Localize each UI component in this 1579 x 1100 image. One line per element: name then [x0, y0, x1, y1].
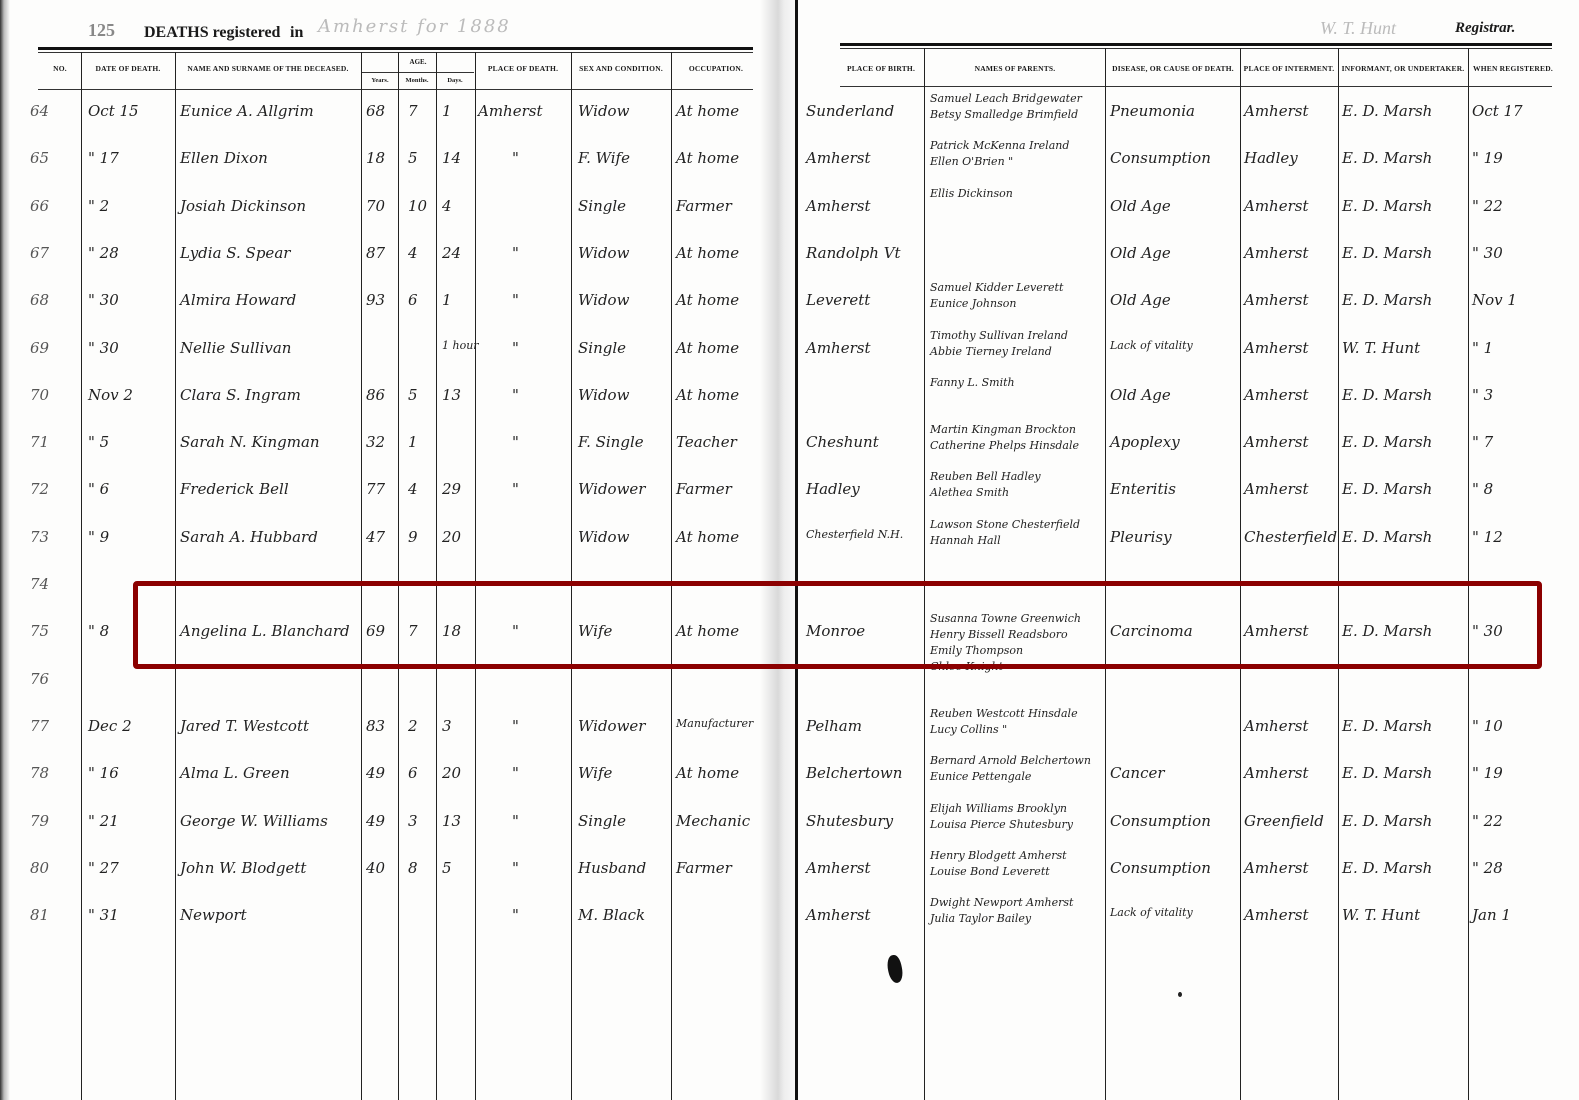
informant: E. D. Marsh	[1342, 149, 1432, 167]
col-header-sex-condition: SEX AND CONDITION.	[572, 64, 670, 73]
cause-of-death: Consumption	[1110, 149, 1211, 167]
col-header-registered: WHEN REGISTERED.	[1468, 64, 1558, 73]
col-header-informant: INFORMANT, OR UNDERTAKER.	[1338, 64, 1468, 73]
col-header-no: NO.	[40, 64, 80, 73]
record-number: 73	[30, 528, 49, 546]
parent-name: Catherine Phelps Hinsdale	[930, 439, 1079, 452]
place-of-death: "	[512, 764, 519, 782]
date-of-death: " 9	[88, 528, 109, 546]
column-rule	[671, 52, 672, 1100]
when-registered: Oct 17	[1472, 102, 1523, 120]
cause-of-death: Lack of vitality	[1110, 906, 1193, 919]
age-days: 5	[442, 859, 452, 877]
place-of-birth: Amherst	[806, 149, 871, 167]
cause-of-death: Consumption	[1110, 859, 1211, 877]
age-days: 13	[442, 812, 461, 830]
cause-of-death: Old Age	[1110, 291, 1171, 309]
record-number: 77	[30, 717, 49, 735]
parent-name: Fanny L. Smith	[930, 376, 1015, 389]
place-of-interment: Amherst	[1244, 717, 1309, 735]
when-registered: " 19	[1472, 764, 1503, 782]
parent-name: Lucy Collins "	[930, 723, 1007, 736]
date-of-death: " 30	[88, 291, 119, 309]
record-number: 68	[30, 291, 49, 309]
age-months: 6	[408, 764, 418, 782]
record-number: 71	[30, 433, 49, 451]
parent-name: Samuel Leach Bridgewater	[930, 92, 1082, 105]
sex-and-condition: Widow	[578, 291, 629, 309]
occupation: Manufacturer	[676, 717, 753, 730]
deceased-name: Alma L. Green	[180, 764, 290, 782]
age-years: 86	[366, 386, 385, 404]
place-of-interment: Amherst	[1244, 386, 1309, 404]
age-days: 20	[442, 764, 461, 782]
informant: E. D. Marsh	[1342, 717, 1432, 735]
age-days: 24	[442, 244, 461, 262]
when-registered: " 1	[1472, 339, 1493, 357]
sex-and-condition: Single	[578, 339, 626, 357]
age-months: 5	[408, 149, 418, 167]
date-of-death: " 5	[88, 433, 109, 451]
cause-of-death: Consumption	[1110, 812, 1211, 830]
date-of-death: " 21	[88, 812, 119, 830]
ink-dot	[1178, 992, 1182, 997]
deceased-name: Newport	[180, 906, 247, 924]
parent-name: Abbie Tierney Ireland	[930, 345, 1052, 358]
place-of-birth: Cheshunt	[806, 433, 879, 451]
parent-name: Bernard Arnold Belchertown	[930, 754, 1091, 767]
place-of-death: "	[512, 386, 519, 404]
record-number: 81	[30, 906, 49, 924]
column-rule	[1105, 48, 1106, 1100]
cause-of-death: Old Age	[1110, 244, 1171, 262]
page-edge-shadow	[0, 0, 10, 1100]
place-of-death: "	[512, 244, 519, 262]
col-header-age: AGE.	[362, 58, 474, 66]
when-registered: " 28	[1472, 859, 1503, 877]
date-of-death: " 16	[88, 764, 119, 782]
date-of-death: " 30	[88, 339, 119, 357]
place-of-death: "	[512, 433, 519, 451]
cause-of-death: Apoplexy	[1110, 433, 1180, 451]
informant: W. T. Hunt	[1342, 906, 1420, 924]
age-years: 77	[366, 480, 385, 498]
place-of-birth: Randolph Vt	[806, 244, 901, 262]
informant: E. D. Marsh	[1342, 528, 1432, 546]
age-months: 4	[408, 244, 418, 262]
column-rule	[175, 52, 176, 1100]
when-registered: " 8	[1472, 480, 1493, 498]
cause-of-death: Old Age	[1110, 197, 1171, 215]
col-header-occupation: OCCUPATION.	[672, 64, 760, 73]
occupation: Mechanic	[676, 812, 750, 830]
deceased-name: Sarah A. Hubbard	[180, 528, 318, 546]
place-of-death: "	[512, 717, 519, 735]
when-registered: Nov 1	[1472, 291, 1517, 309]
cause-of-death: Old Age	[1110, 386, 1171, 404]
record-number: 76	[30, 670, 49, 688]
place-of-interment: Chesterfield	[1244, 528, 1337, 546]
deceased-name: Lydia S. Spear	[180, 244, 290, 262]
place-of-birth: Shutesbury	[806, 812, 893, 830]
header-bottom-rule-right	[840, 86, 1552, 87]
record-number: 80	[30, 859, 49, 877]
parent-name: Elijah Williams Brooklyn	[930, 802, 1067, 815]
parent-name: Ellis Dickinson	[930, 187, 1013, 200]
sex-and-condition: Single	[578, 197, 626, 215]
parent-name: Patrick McKenna Ireland	[930, 139, 1069, 152]
age-years: 47	[366, 528, 385, 546]
deceased-name: Frederick Bell	[180, 480, 289, 498]
header-rule-left-thin	[38, 52, 753, 53]
highlighted-record-box	[133, 581, 1542, 669]
cause-of-death: Lack of vitality	[1110, 339, 1193, 352]
sex-and-condition: F. Wife	[578, 149, 630, 167]
parent-name: Eunice Pettengale	[930, 770, 1031, 783]
age-years: 18	[366, 149, 385, 167]
sex-and-condition: Widower	[578, 717, 645, 735]
age-months: 5	[408, 386, 418, 404]
age-days: 20	[442, 528, 461, 546]
col-header-place-of-death: PLACE OF DEATH.	[476, 64, 570, 73]
town-handwritten: Amherst for 1888	[318, 16, 511, 37]
record-number: 75	[30, 622, 49, 640]
column-rule	[475, 52, 476, 1100]
date-of-death: " 28	[88, 244, 119, 262]
cause-of-death: Pneumonia	[1110, 102, 1195, 120]
parent-name: Samuel Kidder Leverett	[930, 281, 1063, 294]
place-of-birth: Hadley	[806, 480, 860, 498]
place-of-death: "	[512, 291, 519, 309]
record-number: 69	[30, 339, 49, 357]
sex-and-condition: Husband	[578, 859, 646, 877]
occupation: At home	[676, 291, 739, 309]
record-number: 66	[30, 197, 49, 215]
age-years: 40	[366, 859, 385, 877]
col-header-days: Days.	[436, 77, 474, 84]
when-registered: " 3	[1472, 386, 1493, 404]
date-of-death: " 2	[88, 197, 109, 215]
column-rule	[1240, 48, 1241, 1100]
register-title-in: in	[290, 24, 303, 42]
column-rule	[1468, 48, 1469, 1100]
informant: E. D. Marsh	[1342, 480, 1432, 498]
informant: E. D. Marsh	[1342, 764, 1432, 782]
cause-of-death: Cancer	[1110, 764, 1165, 782]
col-header-parents: NAMES OF PARENTS.	[926, 64, 1104, 73]
parent-name: Louisa Pierce Shutesbury	[930, 818, 1073, 831]
sex-and-condition: M. Black	[578, 906, 645, 924]
age-subheader-rule	[362, 72, 474, 73]
parent-name: Henry Blodgett Amherst	[930, 849, 1067, 862]
place-of-birth: Amherst	[806, 197, 871, 215]
column-rule	[398, 52, 399, 1100]
deceased-name: George W. Williams	[180, 812, 328, 830]
sex-and-condition: F. Single	[578, 433, 644, 451]
place-of-interment: Amherst	[1244, 764, 1309, 782]
deceased-name: Josiah Dickinson	[180, 197, 306, 215]
page-number: 125	[88, 20, 115, 41]
col-header-disease: DISEASE, OR CAUSE OF DEATH.	[1106, 64, 1240, 73]
age-years: 83	[366, 717, 385, 735]
place-of-death: "	[512, 339, 519, 357]
when-registered: " 22	[1472, 812, 1503, 830]
column-rule	[436, 52, 437, 1100]
place-of-interment: Amherst	[1244, 339, 1309, 357]
when-registered: " 7	[1472, 433, 1493, 451]
header-bottom-rule-left	[38, 89, 753, 90]
cause-of-death: Enteritis	[1110, 480, 1176, 498]
col-header-months: Months.	[398, 77, 436, 84]
deceased-name: Eunice A. Allgrim	[180, 102, 314, 120]
place-of-death: "	[512, 859, 519, 877]
place-of-birth: Sunderland	[806, 102, 894, 120]
deceased-name: Ellen Dixon	[180, 149, 268, 167]
deceased-name: Clara S. Ingram	[180, 386, 301, 404]
parent-name: Eunice Johnson	[930, 297, 1016, 310]
occupation: At home	[676, 764, 739, 782]
header-rule-left	[38, 47, 753, 50]
parent-name: Martin Kingman Brockton	[930, 423, 1076, 436]
record-number: 72	[30, 480, 49, 498]
place-of-birth: Amherst	[806, 339, 871, 357]
place-of-birth: Chesterfield N.H.	[806, 528, 903, 541]
header-rule-right-thin	[840, 48, 1552, 49]
date-of-death: " 31	[88, 906, 119, 924]
informant: E. D. Marsh	[1342, 859, 1432, 877]
occupation: Farmer	[676, 859, 732, 877]
age-days: 14	[442, 149, 461, 167]
place-of-birth: Leverett	[806, 291, 870, 309]
sex-and-condition: Widower	[578, 480, 645, 498]
place-of-birth: Amherst	[806, 906, 871, 924]
age-years: 87	[366, 244, 385, 262]
column-rule	[924, 48, 925, 1100]
age-months: 4	[408, 480, 418, 498]
deceased-name: Almira Howard	[180, 291, 296, 309]
informant: E. D. Marsh	[1342, 433, 1432, 451]
occupation: At home	[676, 102, 739, 120]
deceased-name: Jared T. Westcott	[180, 717, 309, 735]
occupation: Farmer	[676, 197, 732, 215]
when-registered: " 22	[1472, 197, 1503, 215]
age-days: 1 hour	[442, 339, 479, 352]
place-of-death: Amherst	[478, 102, 543, 120]
parent-name: Reuben Bell Hadley	[930, 470, 1041, 483]
ink-blot	[885, 954, 905, 984]
parent-name: Julia Taylor Bailey	[930, 912, 1031, 925]
age-days: 29	[442, 480, 461, 498]
age-days: 1	[442, 291, 452, 309]
place-of-death: "	[512, 812, 519, 830]
informant: E. D. Marsh	[1342, 102, 1432, 120]
deceased-name: John W. Blodgett	[180, 859, 306, 877]
occupation: Farmer	[676, 480, 732, 498]
column-rule	[361, 52, 362, 1100]
place-of-death: "	[512, 480, 519, 498]
date-of-death: Oct 15	[88, 102, 139, 120]
place-of-interment: Amherst	[1244, 433, 1309, 451]
parent-name: Hannah Hall	[930, 534, 1001, 547]
parent-name: Timothy Sullivan Ireland	[930, 329, 1068, 342]
record-number: 74	[30, 575, 49, 593]
place-of-interment: Amherst	[1244, 244, 1309, 262]
age-months: 7	[408, 102, 418, 120]
column-rule	[571, 52, 572, 1100]
sex-and-condition: Wife	[578, 764, 612, 782]
age-days: 1	[442, 102, 452, 120]
registrar-label: Registrar.	[1455, 20, 1515, 37]
age-days: 13	[442, 386, 461, 404]
book-spine	[795, 0, 798, 1100]
age-years: 70	[366, 197, 385, 215]
place-of-birth: Belchertown	[806, 764, 902, 782]
record-number: 67	[30, 244, 49, 262]
col-header-interment: PLACE OF INTERMENT.	[1240, 64, 1338, 73]
place-of-interment: Greenfield	[1244, 812, 1324, 830]
sex-and-condition: Widow	[578, 386, 629, 404]
sex-and-condition: Widow	[578, 528, 629, 546]
column-rule	[1338, 48, 1339, 1100]
occupation: At home	[676, 244, 739, 262]
column-rule	[81, 52, 82, 1100]
occupation: At home	[676, 386, 739, 404]
place-of-interment: Amherst	[1244, 102, 1309, 120]
occupation: Teacher	[676, 433, 737, 451]
record-number: 65	[30, 149, 49, 167]
age-months: 2	[408, 717, 418, 735]
place-of-death: "	[512, 906, 519, 924]
place-of-death: "	[512, 149, 519, 167]
parent-name: Reuben Westcott Hinsdale	[930, 707, 1078, 720]
record-number: 64	[30, 102, 49, 120]
place-of-birth: Amherst	[806, 859, 871, 877]
date-of-death: " 17	[88, 149, 119, 167]
col-header-place-of-birth: PLACE OF BIRTH.	[838, 64, 924, 73]
parent-name: Ellen O'Brien "	[930, 155, 1013, 168]
col-header-years: Years.	[362, 77, 398, 84]
age-years: 32	[366, 433, 385, 451]
place-of-birth: Pelham	[806, 717, 862, 735]
date-of-death: " 27	[88, 859, 119, 877]
parent-name: Betsy Smalledge Brimfield	[930, 108, 1078, 121]
age-months: 6	[408, 291, 418, 309]
age-years: 68	[366, 102, 385, 120]
registrar-name-handwritten: W. T. Hunt	[1320, 18, 1396, 39]
age-years: 93	[366, 291, 385, 309]
record-number: 79	[30, 812, 49, 830]
parent-name: Alethea Smith	[930, 486, 1009, 499]
age-months: 10	[408, 197, 427, 215]
deceased-name: Sarah N. Kingman	[180, 433, 320, 451]
date-of-death: Dec 2	[88, 717, 132, 735]
cause-of-death: Pleurisy	[1110, 528, 1172, 546]
when-registered: Jan 1	[1472, 906, 1511, 924]
informant: E. D. Marsh	[1342, 812, 1432, 830]
parent-name: Lawson Stone Chesterfield	[930, 518, 1080, 531]
sex-and-condition: Widow	[578, 102, 629, 120]
register-title: DEATHS registered	[144, 24, 280, 42]
date-of-death: " 6	[88, 480, 109, 498]
sex-and-condition: Single	[578, 812, 626, 830]
informant: E. D. Marsh	[1342, 244, 1432, 262]
age-months: 1	[408, 433, 418, 451]
informant: W. T. Hunt	[1342, 339, 1420, 357]
informant: E. D. Marsh	[1342, 291, 1432, 309]
age-months: 3	[408, 812, 418, 830]
place-of-interment: Amherst	[1244, 480, 1309, 498]
informant: E. D. Marsh	[1342, 197, 1432, 215]
informant: E. D. Marsh	[1342, 386, 1432, 404]
sex-and-condition: Widow	[578, 244, 629, 262]
occupation: At home	[676, 528, 739, 546]
date-of-death: " 8	[88, 622, 109, 640]
place-of-interment: Amherst	[1244, 291, 1309, 309]
parent-name: Louise Bond Leverett	[930, 865, 1050, 878]
age-years: 49	[366, 812, 385, 830]
when-registered: " 12	[1472, 528, 1503, 546]
when-registered: " 19	[1472, 149, 1503, 167]
col-header-date: DATE OF DEATH.	[82, 64, 174, 73]
book-gutter	[760, 0, 800, 1100]
age-months: 9	[408, 528, 418, 546]
col-header-name: NAME AND SURNAME OF THE DECEASED.	[176, 64, 360, 73]
place-of-interment: Amherst	[1244, 859, 1309, 877]
place-of-interment: Amherst	[1244, 197, 1309, 215]
place-of-interment: Hadley	[1244, 149, 1298, 167]
deceased-name: Nellie Sullivan	[180, 339, 291, 357]
age-days: 4	[442, 197, 452, 215]
parent-name: Dwight Newport Amherst	[930, 896, 1073, 909]
occupation: At home	[676, 339, 739, 357]
date-of-death: Nov 2	[88, 386, 133, 404]
record-number: 70	[30, 386, 49, 404]
place-of-interment: Amherst	[1244, 906, 1309, 924]
age-days: 3	[442, 717, 452, 735]
when-registered: " 30	[1472, 244, 1503, 262]
when-registered: " 10	[1472, 717, 1503, 735]
occupation: At home	[676, 149, 739, 167]
age-years: 49	[366, 764, 385, 782]
record-number: 78	[30, 764, 49, 782]
header-rule-right	[840, 43, 1552, 46]
age-months: 8	[408, 859, 418, 877]
